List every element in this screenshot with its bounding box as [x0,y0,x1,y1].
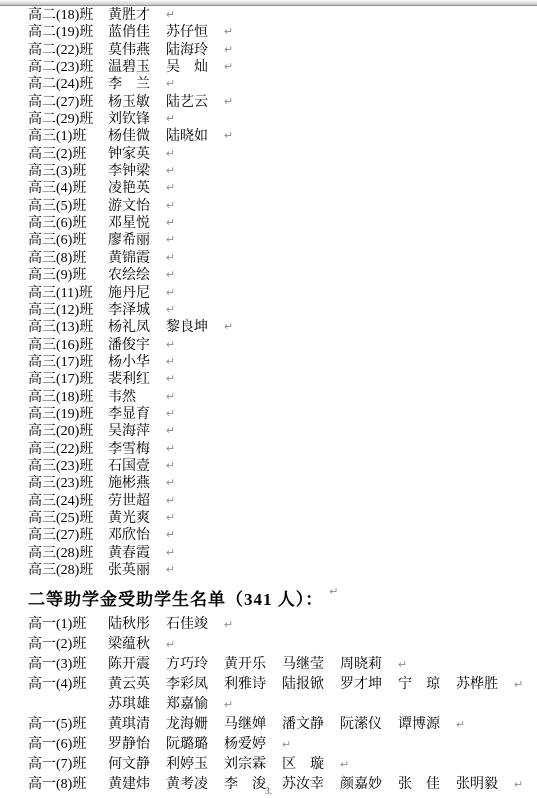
paragraph-mark-icon: ↵ [282,739,291,751]
names-line: 何文静利婷玉刘宗霖区 璇↵ [108,755,537,775]
names-line: 劳世超↵ [108,493,537,510]
student-name: 方巧玲 [166,655,208,675]
class-label: 高二(19)班 [28,24,108,41]
list-row: 高三(4)班凌艳英↵ [28,180,537,197]
list-row: 高三(24)班劳世超↵ [28,493,537,510]
student-name: 李显育 [108,406,150,423]
class-label: 高一(1)班 [28,615,108,635]
paragraph-mark-icon: ↵ [166,495,175,507]
class-label: 高三(6)班 [28,215,108,232]
class-label: 高三(28)班 [28,545,108,562]
class-label: 高三(2)班 [28,146,108,163]
class-label: 高三(18)班 [28,389,108,406]
class-label: 高一(3)班 [28,655,108,675]
names-block: 李泽城↵ [108,302,537,319]
list-row: 高三(2)班钟家英↵ [28,146,537,163]
list-row: 高三(23)班施彬燕↵ [28,475,537,492]
class-label: 高一(7)班 [28,755,108,775]
names-block: 李钟梁↵ [108,163,537,180]
paragraph-mark-icon: ↵ [166,252,175,264]
names-block: 钟家英↵ [108,146,537,163]
class-label: 高三(22)班 [28,441,108,458]
paragraph-mark-icon: ↵ [166,234,175,246]
student-name: 黄胜才 [108,7,150,24]
names-line: 杨佳微陆晓如↵ [108,128,537,145]
student-name: 杨爱婷 [224,735,266,755]
list-row: 高三(28)班张英丽↵ [28,562,537,579]
class-label: 高二(23)班 [28,59,108,76]
student-name: 潘文静 [282,715,324,735]
student-name: 陆艺云 [166,94,208,111]
paragraph-mark-icon: ↵ [166,443,175,455]
names-line: 黄春霞↵ [108,545,537,562]
student-name: 黄锦霞 [108,250,150,267]
paragraph-mark-icon: ↵ [166,339,175,351]
paragraph-mark-icon: ↵ [166,547,175,559]
student-name: 梁蕴秋 [108,635,150,655]
names-block: 蓝俏佳苏仔恒↵ [108,24,537,41]
list-row: 高一(2)班梁蕴秋↵ [28,635,537,655]
student-name: 邓欣怡 [108,527,150,544]
class-label: 高二(29)班 [28,111,108,128]
student-name: 周晓莉 [340,655,382,675]
names-line: 陈开震方巧玲黄开乐马继莹周晓莉↵ [108,655,537,675]
list-row: 高三(6)班廖希丽↵ [28,232,537,249]
names-line: 韦然↵ [108,389,537,406]
student-name: 郑嘉愉 [166,695,208,715]
names-block: 黄琪清龙海姗马继婵潘文静阮潆仪谭博源↵ [108,715,537,735]
names-block: 劳世超↵ [108,493,537,510]
class-label: 高三(19)班 [28,406,108,423]
class-label: 高三(20)班 [28,423,108,440]
paragraph-mark-icon: ↵ [166,304,175,316]
class-label: 高三(17)班 [28,371,108,388]
class-label: 高三(25)班 [28,510,108,527]
paragraph-mark-icon: ↵ [166,182,175,194]
list-row: 高三(23)班石国壹↵ [28,458,537,475]
class-label: 高三(16)班 [28,337,108,354]
student-name: 谭博源 [398,715,440,735]
student-name: 游文怡 [108,198,150,215]
names-block: 黄光爽↵ [108,510,537,527]
names-line: 施彬燕↵ [108,475,537,492]
student-name: 罗静怡 [108,735,150,755]
class-label: 高一(4)班 [28,675,108,715]
paragraph-mark-icon: ↵ [166,373,175,385]
names-line: 吴海萍↵ [108,423,537,440]
names-block: 罗静怡阮璐璐杨爱婷↵ [108,735,537,755]
names-line: 李钟梁↵ [108,163,537,180]
student-name: 李 兰 [108,76,150,93]
student-name: 杨小华 [108,354,150,371]
student-name: 杨礼凤 [108,319,150,336]
paragraph-mark-icon: ↵ [224,44,233,56]
scholarship-list-section-2: 高一(1)班陆秋彤石佳竣↵高一(2)班梁蕴秋↵高一(3)班陈开震方巧玲黄开乐马继… [28,615,537,795]
student-name: 区 璇 [282,755,324,775]
paragraph-mark-icon: ↵ [340,759,349,771]
class-label: 高二(27)班 [28,94,108,111]
names-line: 邓星悦↵ [108,215,537,232]
paragraph-mark-icon: ↵ [166,113,175,125]
names-line: 凌艳英↵ [108,180,537,197]
student-name: 何文静 [108,755,150,775]
list-row: 高三(17)班杨小华↵ [28,354,537,371]
student-name: 刘宗霖 [224,755,266,775]
list-row: 高三(11)班施丹尼↵ [28,285,537,302]
list-row: 高一(3)班陈开震方巧玲黄开乐马继莹周晓莉↵ [28,655,537,675]
class-label: 高三(1)班 [28,128,108,145]
list-row: 高一(5)班黄琪清龙海姗马继婵潘文静阮潆仪谭博源↵ [28,715,537,735]
class-label: 高三(3)班 [28,163,108,180]
student-name: 黄光爽 [108,510,150,527]
paragraph-mark-icon: ↵ [224,699,233,711]
names-block: 农绘绘↵ [108,267,537,284]
paragraph-mark-icon: ↵ [166,356,175,368]
student-name: 石国壹 [108,458,150,475]
names-block: 黄春霞↵ [108,545,537,562]
names-line: 蓝俏佳苏仔恒↵ [108,24,537,41]
list-row: 高二(19)班蓝俏佳苏仔恒↵ [28,24,537,41]
names-block: 李雪梅↵ [108,441,537,458]
paragraph-mark-icon: ↵ [329,586,338,598]
student-name: 凌艳英 [108,180,150,197]
paragraph-mark-icon: ↵ [166,9,175,21]
names-line: 李雪梅↵ [108,441,537,458]
list-row: 高二(27)班杨玉敏陆艺云↵ [28,94,537,111]
paragraph-mark-icon: ↵ [166,165,175,177]
list-row: 高一(1)班陆秋彤石佳竣↵ [28,615,537,635]
names-block: 杨礼凤黎良坤↵ [108,319,537,336]
class-label: 高二(24)班 [28,76,108,93]
paragraph-mark-icon: ↵ [166,477,175,489]
page-number: 3. [0,786,537,796]
names-block: 何文静利婷玉刘宗霖区 璇↵ [108,755,537,775]
names-block: 杨玉敏陆艺云↵ [108,94,537,111]
names-line: 石国壹↵ [108,458,537,475]
names-line: 潘俊宇↵ [108,337,537,354]
student-name: 杨玉敏 [108,94,150,111]
class-label: 高三(12)班 [28,302,108,319]
student-name: 莫伟燕 [108,42,150,59]
student-name: 黄云英 [108,675,150,695]
list-row: 高一(4)班黄云英李彩凤利雅诗陆报锨罗才坤宁 琼苏桦胜↵苏琪雄郑嘉愉↵ [28,675,537,715]
student-name: 马继莹 [282,655,324,675]
names-line: 黄云英李彩凤利雅诗陆报锨罗才坤宁 琼苏桦胜↵ [108,675,537,695]
list-row: 高三(8)班黄锦霞↵ [28,250,537,267]
student-name: 马继婵 [224,715,266,735]
names-line: 刘钦锋↵ [108,111,537,128]
student-name: 陆报锨 [282,675,324,695]
list-row: 高二(22)班莫伟燕陆海玲↵ [28,42,537,59]
student-name: 李彩凤 [166,675,208,695]
paragraph-mark-icon: ↵ [166,148,175,160]
names-block: 施彬燕↵ [108,475,537,492]
names-block: 梁蕴秋↵ [108,635,537,655]
list-row: 高三(1)班杨佳微陆晓如↵ [28,128,537,145]
list-row: 高三(17)班裴利红↵ [28,371,537,388]
list-row: 高三(9)班农绘绘↵ [28,267,537,284]
student-name: 利雅诗 [224,675,266,695]
paragraph-mark-icon: ↵ [224,130,233,142]
student-name: 张英丽 [108,562,150,579]
class-label: 高一(5)班 [28,715,108,735]
names-line: 黄光爽↵ [108,510,537,527]
names-line: 李泽城↵ [108,302,537,319]
class-label: 高三(11)班 [28,285,108,302]
names-line: 黄胜才↵ [108,7,537,24]
paragraph-mark-icon: ↵ [166,78,175,90]
class-label: 高一(2)班 [28,635,108,655]
paragraph-mark-icon: ↵ [398,659,407,671]
paragraph-mark-icon: ↵ [224,61,233,73]
list-row: 高三(13)班杨礼凤黎良坤↵ [28,319,537,336]
class-label: 高三(23)班 [28,475,108,492]
class-label: 高三(6)班 [28,232,108,249]
names-block: 施丹尼↵ [108,285,537,302]
class-label: 高三(27)班 [28,527,108,544]
paragraph-mark-icon: ↵ [166,287,175,299]
names-block: 陈开震方巧玲黄开乐马继莹周晓莉↵ [108,655,537,675]
student-name: 陆秋彤 [108,615,150,635]
list-row: 高三(25)班黄光爽↵ [28,510,537,527]
names-block: 邓星悦↵ [108,215,537,232]
names-block: 陆秋彤石佳竣↵ [108,615,537,635]
student-name: 苏仔恒 [166,24,208,41]
names-block: 廖希丽↵ [108,232,537,249]
student-name: 廖希丽 [108,232,150,249]
names-line: 廖希丽↵ [108,232,537,249]
paragraph-mark-icon: ↵ [166,217,175,229]
names-block: 温碧玉吴 灿↵ [108,59,537,76]
student-name: 李泽城 [108,302,150,319]
names-block: 石国壹↵ [108,458,537,475]
names-block: 李显育↵ [108,406,537,423]
list-row: 高三(28)班黄春霞↵ [28,545,537,562]
list-row: 高二(18)班黄胜才↵ [28,7,537,24]
paragraph-mark-icon: ↵ [166,408,175,420]
student-name: 苏琪雄 [108,695,150,715]
class-label: 高三(24)班 [28,493,108,510]
names-block: 韦然↵ [108,389,537,406]
student-name: 杨佳微 [108,128,150,145]
student-name: 黄琪清 [108,715,150,735]
list-row: 高三(6)班邓星悦↵ [28,215,537,232]
student-name: 陆晓如 [166,128,208,145]
names-block: 杨小华↵ [108,354,537,371]
class-label: 高三(23)班 [28,458,108,475]
list-row: 高二(29)班刘钦锋↵ [28,111,537,128]
student-name: 施丹尼 [108,285,150,302]
names-block: 黄云英李彩凤利雅诗陆报锨罗才坤宁 琼苏桦胜↵苏琪雄郑嘉愉↵ [108,675,537,715]
student-name: 蓝俏佳 [108,24,150,41]
list-row: 高三(22)班李雪梅↵ [28,441,537,458]
section-2-heading: 二等助学金受助学生名单（341 人）：↵ [28,585,537,610]
student-name: 阮璐璐 [166,735,208,755]
paragraph-mark-icon: ↵ [514,679,523,691]
list-row: 高三(12)班李泽城↵ [28,302,537,319]
student-name: 钟家英 [108,146,150,163]
student-name: 黄开乐 [224,655,266,675]
class-label: 高二(18)班 [28,7,108,24]
scholarship-list-section-1: 高二(18)班黄胜才↵高二(19)班蓝俏佳苏仔恒↵高二(22)班莫伟燕陆海玲↵高… [28,7,537,579]
student-name: 吴 灿 [166,59,208,76]
names-block: 潘俊宇↵ [108,337,537,354]
names-block: 莫伟燕陆海玲↵ [108,42,537,59]
list-row: 高三(20)班吴海萍↵ [28,423,537,440]
names-line: 裴利红↵ [108,371,537,388]
names-line: 钟家英↵ [108,146,537,163]
names-block: 黄锦霞↵ [108,250,537,267]
student-name: 宁 琼 [398,675,440,695]
student-name: 李钟梁 [108,163,150,180]
class-label: 高三(4)班 [28,180,108,197]
names-line: 李显育↵ [108,406,537,423]
student-name: 黎良坤 [166,319,208,336]
paragraph-mark-icon: ↵ [166,200,175,212]
names-line: 陆秋彤石佳竣↵ [108,615,537,635]
student-name: 利婷玉 [166,755,208,775]
list-row: 高三(18)班韦然↵ [28,389,537,406]
student-name: 黄春霞 [108,545,150,562]
paragraph-mark-icon: ↵ [166,564,175,576]
list-row: 高二(23)班温碧玉吴 灿↵ [28,59,537,76]
student-name: 石佳竣 [166,615,208,635]
student-name: 施彬燕 [108,475,150,492]
document-page: 高二(18)班黄胜才↵高二(19)班蓝俏佳苏仔恒↵高二(22)班莫伟燕陆海玲↵高… [0,6,537,795]
names-block: 刘钦锋↵ [108,111,537,128]
names-block: 吴海萍↵ [108,423,537,440]
paragraph-mark-icon: ↵ [166,639,175,651]
names-line: 张英丽↵ [108,562,537,579]
class-label: 高三(5)班 [28,198,108,215]
paragraph-mark-icon: ↵ [456,719,465,731]
class-label: 高二(22)班 [28,42,108,59]
names-line: 苏琪雄郑嘉愉↵ [108,695,537,715]
student-name: 温碧玉 [108,59,150,76]
names-line: 杨礼凤黎良坤↵ [108,319,537,336]
class-label: 高三(8)班 [28,250,108,267]
student-name: 李雪梅 [108,441,150,458]
names-line: 梁蕴秋↵ [108,635,537,655]
names-line: 游文怡↵ [108,198,537,215]
list-row: 高二(24)班李 兰↵ [28,76,537,93]
student-name: 龙海姗 [166,715,208,735]
list-row: 高三(16)班潘俊宇↵ [28,337,537,354]
names-line: 黄琪清龙海姗马继婵潘文静阮潆仪谭博源↵ [108,715,537,735]
names-block: 黄胜才↵ [108,7,537,24]
paragraph-mark-icon: ↵ [166,460,175,472]
names-line: 莫伟燕陆海玲↵ [108,42,537,59]
names-line: 黄锦霞↵ [108,250,537,267]
paragraph-mark-icon: ↵ [224,321,233,333]
class-label: 高三(28)班 [28,562,108,579]
paragraph-mark-icon: ↵ [224,96,233,108]
names-line: 施丹尼↵ [108,285,537,302]
student-name: 邓星悦 [108,215,150,232]
paragraph-mark-icon: ↵ [166,425,175,437]
list-row: 高三(3)班李钟梁↵ [28,163,537,180]
student-name: 劳世超 [108,493,150,510]
student-name: 农绘绘 [108,267,150,284]
student-name: 罗才坤 [340,675,382,695]
paragraph-mark-icon: ↵ [166,391,175,403]
student-name: 陈开震 [108,655,150,675]
names-line: 李 兰↵ [108,76,537,93]
names-block: 裴利红↵ [108,371,537,388]
list-row: 高三(27)班邓欣怡↵ [28,527,537,544]
class-label: 高三(17)班 [28,354,108,371]
names-line: 邓欣怡↵ [108,527,537,544]
student-name: 刘钦锋 [108,111,150,128]
names-block: 张英丽↵ [108,562,537,579]
names-line: 杨小华↵ [108,354,537,371]
class-label: 高一(6)班 [28,735,108,755]
class-label: 高三(13)班 [28,319,108,336]
list-row: 高三(5)班游文怡↵ [28,198,537,215]
paragraph-mark-icon: ↵ [224,26,233,38]
student-name: 苏桦胜 [456,675,498,695]
names-line: 温碧玉吴 灿↵ [108,59,537,76]
class-label: 高三(9)班 [28,267,108,284]
student-name: 阮潆仪 [340,715,382,735]
student-name: 陆海玲 [166,42,208,59]
student-name: 裴利红 [108,371,150,388]
student-name: 吴海萍 [108,423,150,440]
names-block: 邓欣怡↵ [108,527,537,544]
student-name: 韦然 [108,389,150,406]
names-block: 游文怡↵ [108,198,537,215]
list-row: 高一(7)班何文静利婷玉刘宗霖区 璇↵ [28,755,537,775]
list-row: 高一(6)班罗静怡阮璐璐杨爱婷↵ [28,735,537,755]
names-block: 杨佳微陆晓如↵ [108,128,537,145]
paragraph-mark-icon: ↵ [166,512,175,524]
names-block: 凌艳英↵ [108,180,537,197]
names-line: 罗静怡阮璐璐杨爱婷↵ [108,735,537,755]
paragraph-mark-icon: ↵ [224,619,233,631]
names-line: 杨玉敏陆艺云↵ [108,94,537,111]
names-line: 农绘绘↵ [108,267,537,284]
names-block: 李 兰↵ [108,76,537,93]
student-name: 潘俊宇 [108,337,150,354]
list-row: 高三(19)班李显育↵ [28,406,537,423]
paragraph-mark-icon: ↵ [166,269,175,281]
section-2-heading-text: 二等助学金受助学生名单（341 人）： [28,590,323,609]
paragraph-mark-icon: ↵ [166,529,175,541]
